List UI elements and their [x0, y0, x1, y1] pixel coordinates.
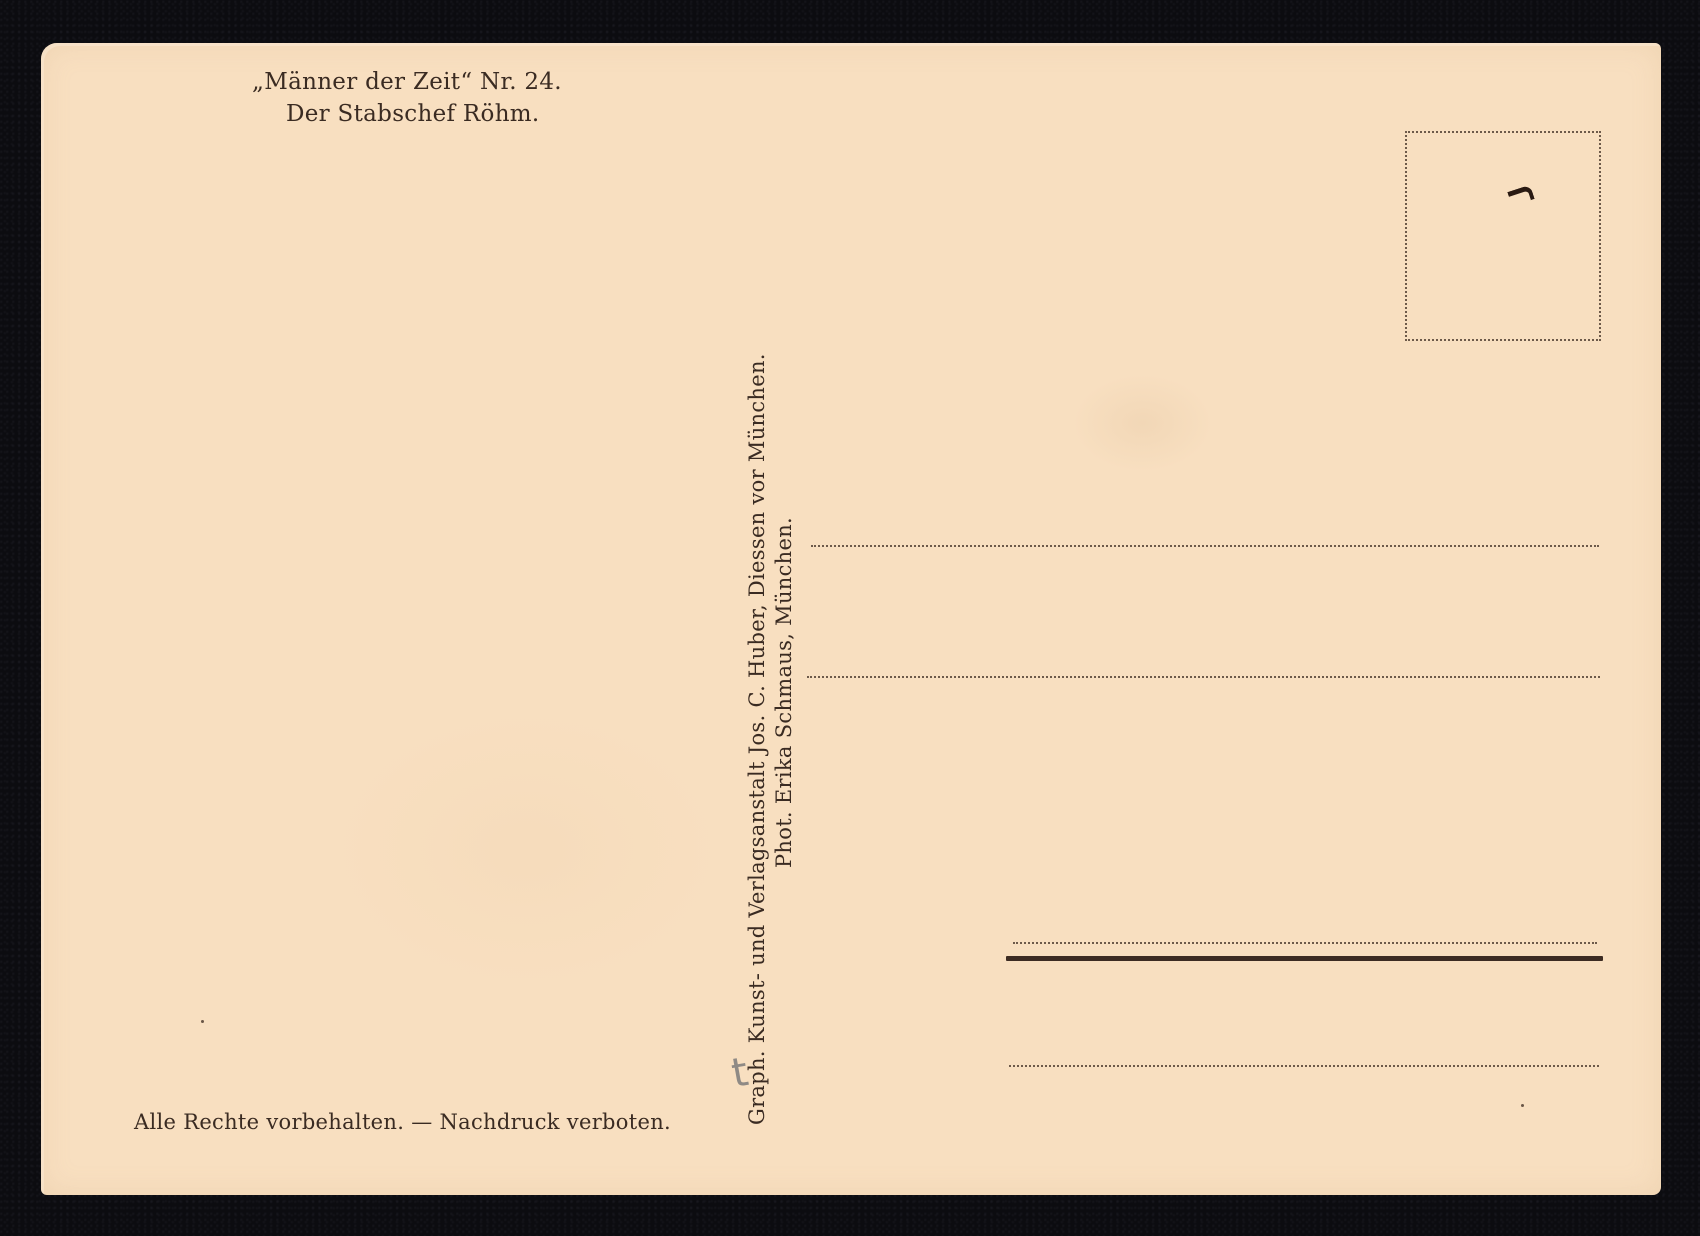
address-line-4 [1009, 1065, 1599, 1067]
stamp-box [1405, 131, 1601, 341]
address-underline-rule [1006, 956, 1603, 961]
stamp-place-mark-icon [1507, 185, 1534, 207]
publisher-imprint-block: Graph. Kunst- und Verlagsanstalt Jos. C.… [745, 203, 815, 1123]
rights-notice: Alle Rechte vorbehalten. — Nachdruck ver… [134, 1110, 671, 1134]
address-line-3 [1013, 942, 1597, 944]
postcard-back: „Männer der Zeit“ Nr. 24. Der Stabschef … [41, 43, 1661, 1195]
subject-title: Der Stabschef Röhm. [286, 101, 540, 127]
series-title: „Männer der Zeit“ Nr. 24. [252, 69, 562, 95]
paper-speck [201, 1020, 204, 1023]
paper-speck [1521, 1104, 1524, 1107]
address-line-1 [811, 545, 1599, 547]
address-line-2 [807, 676, 1600, 678]
photo-credit: Phot. Erika Schmaus, München. [772, 517, 796, 868]
publisher-imprint: Graph. Kunst- und Verlagsanstalt Jos. C.… [745, 353, 769, 1125]
